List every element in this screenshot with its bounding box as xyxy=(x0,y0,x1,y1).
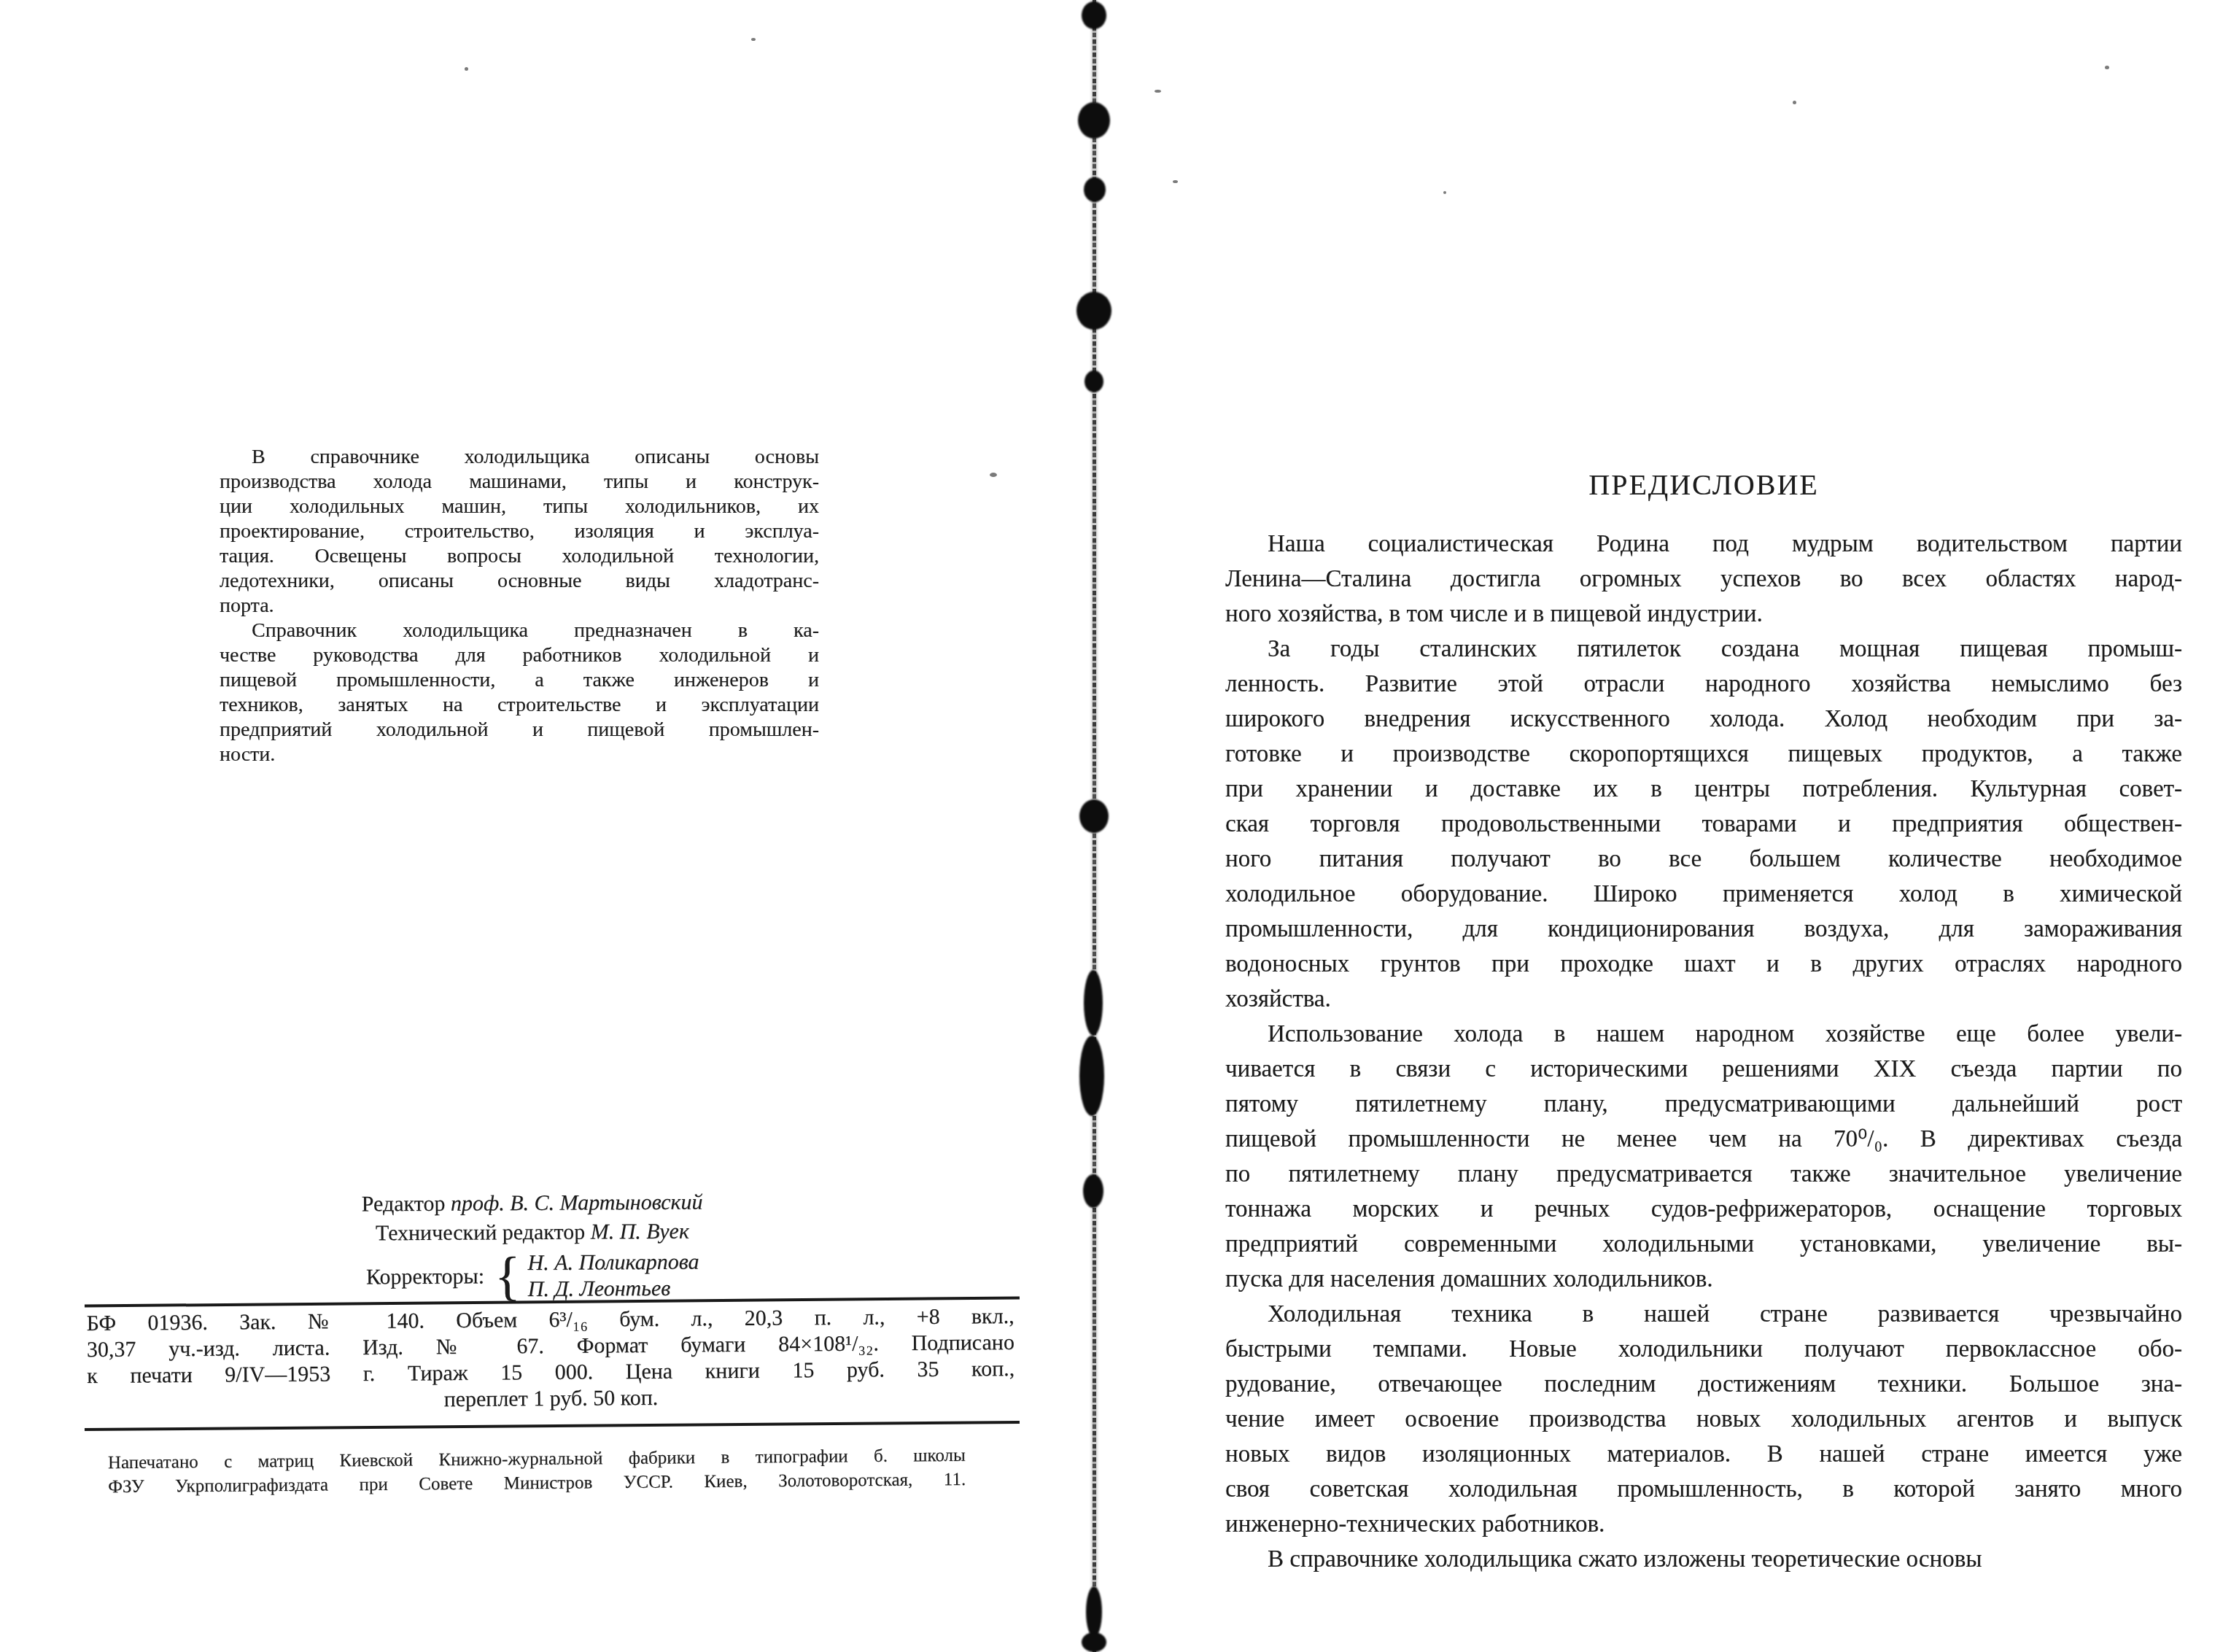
text-line: В справочнике холодильщика описаны основ… xyxy=(220,445,819,470)
editor-label: Редактор xyxy=(362,1192,446,1217)
paragraph: Использование холода в нашем народном хо… xyxy=(1225,1017,2182,1297)
text-line: рудование, отвечающее последним достижен… xyxy=(1225,1367,2182,1402)
text-line: водоносных грунтов при проходке шахт и в… xyxy=(1225,947,2182,982)
text-line: ледотехники, описаны основные виды хладо… xyxy=(220,569,819,594)
corrector-name: П. Д. Леонтьев xyxy=(528,1276,671,1303)
text-line: по пятилетнему плану предусматривается т… xyxy=(1225,1157,2182,1192)
text-line: Холодильная техника в нашей стране разви… xyxy=(1225,1297,2182,1332)
ink-blob xyxy=(1079,1036,1104,1116)
text-line: Справочник холодильщика предназначен в к… xyxy=(220,618,819,643)
text-line: своя советская холодильная промышленност… xyxy=(1225,1472,2182,1507)
text-line: честве руководства для работников холоди… xyxy=(220,643,819,668)
text-line: пищевой промышленности, а также инженеро… xyxy=(220,668,819,693)
ink-blob xyxy=(1078,102,1110,139)
text-line: промышленности, для кондиционирования во… xyxy=(1225,912,2182,947)
text-line: готовке и производстве скоропортящихся п… xyxy=(1225,737,2182,772)
text-line: предприятий современными холодильными ус… xyxy=(1225,1227,2182,1262)
text-line: Использование холода в нашем народном хо… xyxy=(1225,1017,2182,1052)
ink-blob xyxy=(1083,1174,1103,1208)
text-line: ская торговля продовольственными товарам… xyxy=(1225,807,2182,842)
correctors-label: Корректоры: xyxy=(366,1262,484,1292)
text-line: новых видов изоляционных материалов. В н… xyxy=(1225,1437,2182,1472)
text-line: проектирование, строительство, изоляция … xyxy=(220,519,819,544)
text-line: широкого внедрения искусственного холода… xyxy=(1225,702,2182,737)
text-line: ного хозяйства, в том числе и в пищевой … xyxy=(1225,597,2182,632)
ink-blob xyxy=(1076,292,1111,330)
print-shop-note: Напечатано с матриц Киевской Книжно-журн… xyxy=(108,1443,966,1499)
right-page: ПРЕДИСЛОВИЕ Наша социалистическая Родина… xyxy=(1225,467,2182,1577)
ink-blob xyxy=(1084,177,1106,202)
corrector-name: Н. А. Поликарпова xyxy=(527,1249,699,1276)
text-line: тоннажа морских и речных судов-рефрижера… xyxy=(1225,1192,2182,1227)
text-line: производства холода машинами, типы и кон… xyxy=(220,470,819,495)
text-line: Ленина—Сталина достигла огромных успехов… xyxy=(1225,562,2182,597)
text-line: чивается в связи с историческими решения… xyxy=(1225,1052,2182,1087)
scan-speck xyxy=(1155,90,1161,93)
annotation-block: В справочнике холодильщика описаны основ… xyxy=(220,445,819,767)
brace-glyph: { xyxy=(494,1251,521,1302)
paragraph: Справочник холодильщика предназначен в к… xyxy=(220,618,819,767)
preface-body: Наша социалистическая Родина под мудрым … xyxy=(1225,527,2182,1577)
text-line: тация. Освещены вопросы холодильной техн… xyxy=(220,544,819,569)
tech-editor-label: Технический редактор xyxy=(376,1220,585,1246)
book-spread: В справочнике холодильщика описаны основ… xyxy=(0,0,2231,1652)
text-line: пуска для населения домашних холодильник… xyxy=(1225,1262,2182,1297)
text-line: техников, занятых на строительстве и экс… xyxy=(220,693,819,718)
text-line: при хранении и доставке их в центры потр… xyxy=(1225,772,2182,807)
text-line: инженерно-технических работников. xyxy=(1225,1507,2182,1542)
paragraph: За годы сталинских пятилеток создана мощ… xyxy=(1225,632,2182,1017)
text-line: хозяйства. xyxy=(1225,982,2182,1017)
text-line: За годы сталинских пятилеток создана мощ… xyxy=(1225,632,2182,667)
scan-speck xyxy=(2105,66,2109,69)
text-line: порта. xyxy=(220,594,819,618)
text-line: ленность. Развитие этой отрасли народног… xyxy=(1225,667,2182,702)
ink-blob xyxy=(1086,1586,1102,1637)
paragraph: Холодильная техника в нашей стране разви… xyxy=(1225,1297,2182,1542)
ink-blob xyxy=(1084,970,1103,1036)
tech-editor-line: Технический редактор М. П. Вуек xyxy=(204,1216,861,1249)
scan-speck xyxy=(1443,191,1446,194)
text-line: холодильное оборудование. Широко применя… xyxy=(1225,877,2182,912)
text-line: пищевой промышленности не менее чем на 7… xyxy=(1225,1122,2182,1157)
ink-blob xyxy=(1082,1632,1106,1652)
ink-blob xyxy=(1079,799,1109,833)
correctors-line: Корректоры: { Н. А. Поликарпова П. Д. Ле… xyxy=(204,1248,861,1304)
scan-speck xyxy=(1793,101,1796,104)
scan-speck xyxy=(751,38,756,41)
paragraph: В справочнике холодильщика описаны основ… xyxy=(220,445,819,618)
divider-rule-bottom xyxy=(85,1421,1020,1431)
editor-name: проф. В. С. Мартыновский xyxy=(451,1190,703,1216)
page-title: ПРЕДИСЛОВИЕ xyxy=(1225,467,2182,503)
imprint-block: БФ 01936. Зак. № 140. Объем 6³/₁₆ бум. л… xyxy=(86,1303,1014,1416)
scan-speck xyxy=(990,473,997,477)
text-line: ции холодильных машин, типы холодильнико… xyxy=(220,495,819,519)
text-line: ного питания получают во все большем кол… xyxy=(1225,842,2182,877)
text-line: быстрыми темпами. Новые холодильники пол… xyxy=(1225,1332,2182,1367)
text-line: чение имеет освоение производства новых … xyxy=(1225,1402,2182,1437)
corrector-names: Н. А. Поликарпова П. Д. Леонтьев xyxy=(527,1249,699,1303)
scan-speck xyxy=(1173,180,1178,183)
editors-block: Редактор проф. В. С. Мартыновский Технич… xyxy=(204,1187,861,1304)
text-line: Наша социалистическая Родина под мудрым … xyxy=(1225,527,2182,562)
text-line: В справочнике холодильщика сжато изложен… xyxy=(1225,1542,2182,1577)
text-line: предприятий холодильной и пищевой промыш… xyxy=(220,718,819,742)
editor-line: Редактор проф. В. С. Мартыновский xyxy=(204,1187,861,1219)
tech-editor-name: М. П. Вуек xyxy=(591,1219,689,1244)
scan-speck xyxy=(465,67,468,71)
paragraph: В справочнике холодильщика сжато изложен… xyxy=(1225,1542,2182,1577)
text-line: пятому пятилетнему плану, предусматриваю… xyxy=(1225,1087,2182,1122)
ink-blob xyxy=(1085,371,1103,392)
ink-blob xyxy=(1082,1,1106,29)
text-line: ности. xyxy=(220,742,819,767)
paragraph: Наша социалистическая Родина под мудрым … xyxy=(1225,527,2182,632)
